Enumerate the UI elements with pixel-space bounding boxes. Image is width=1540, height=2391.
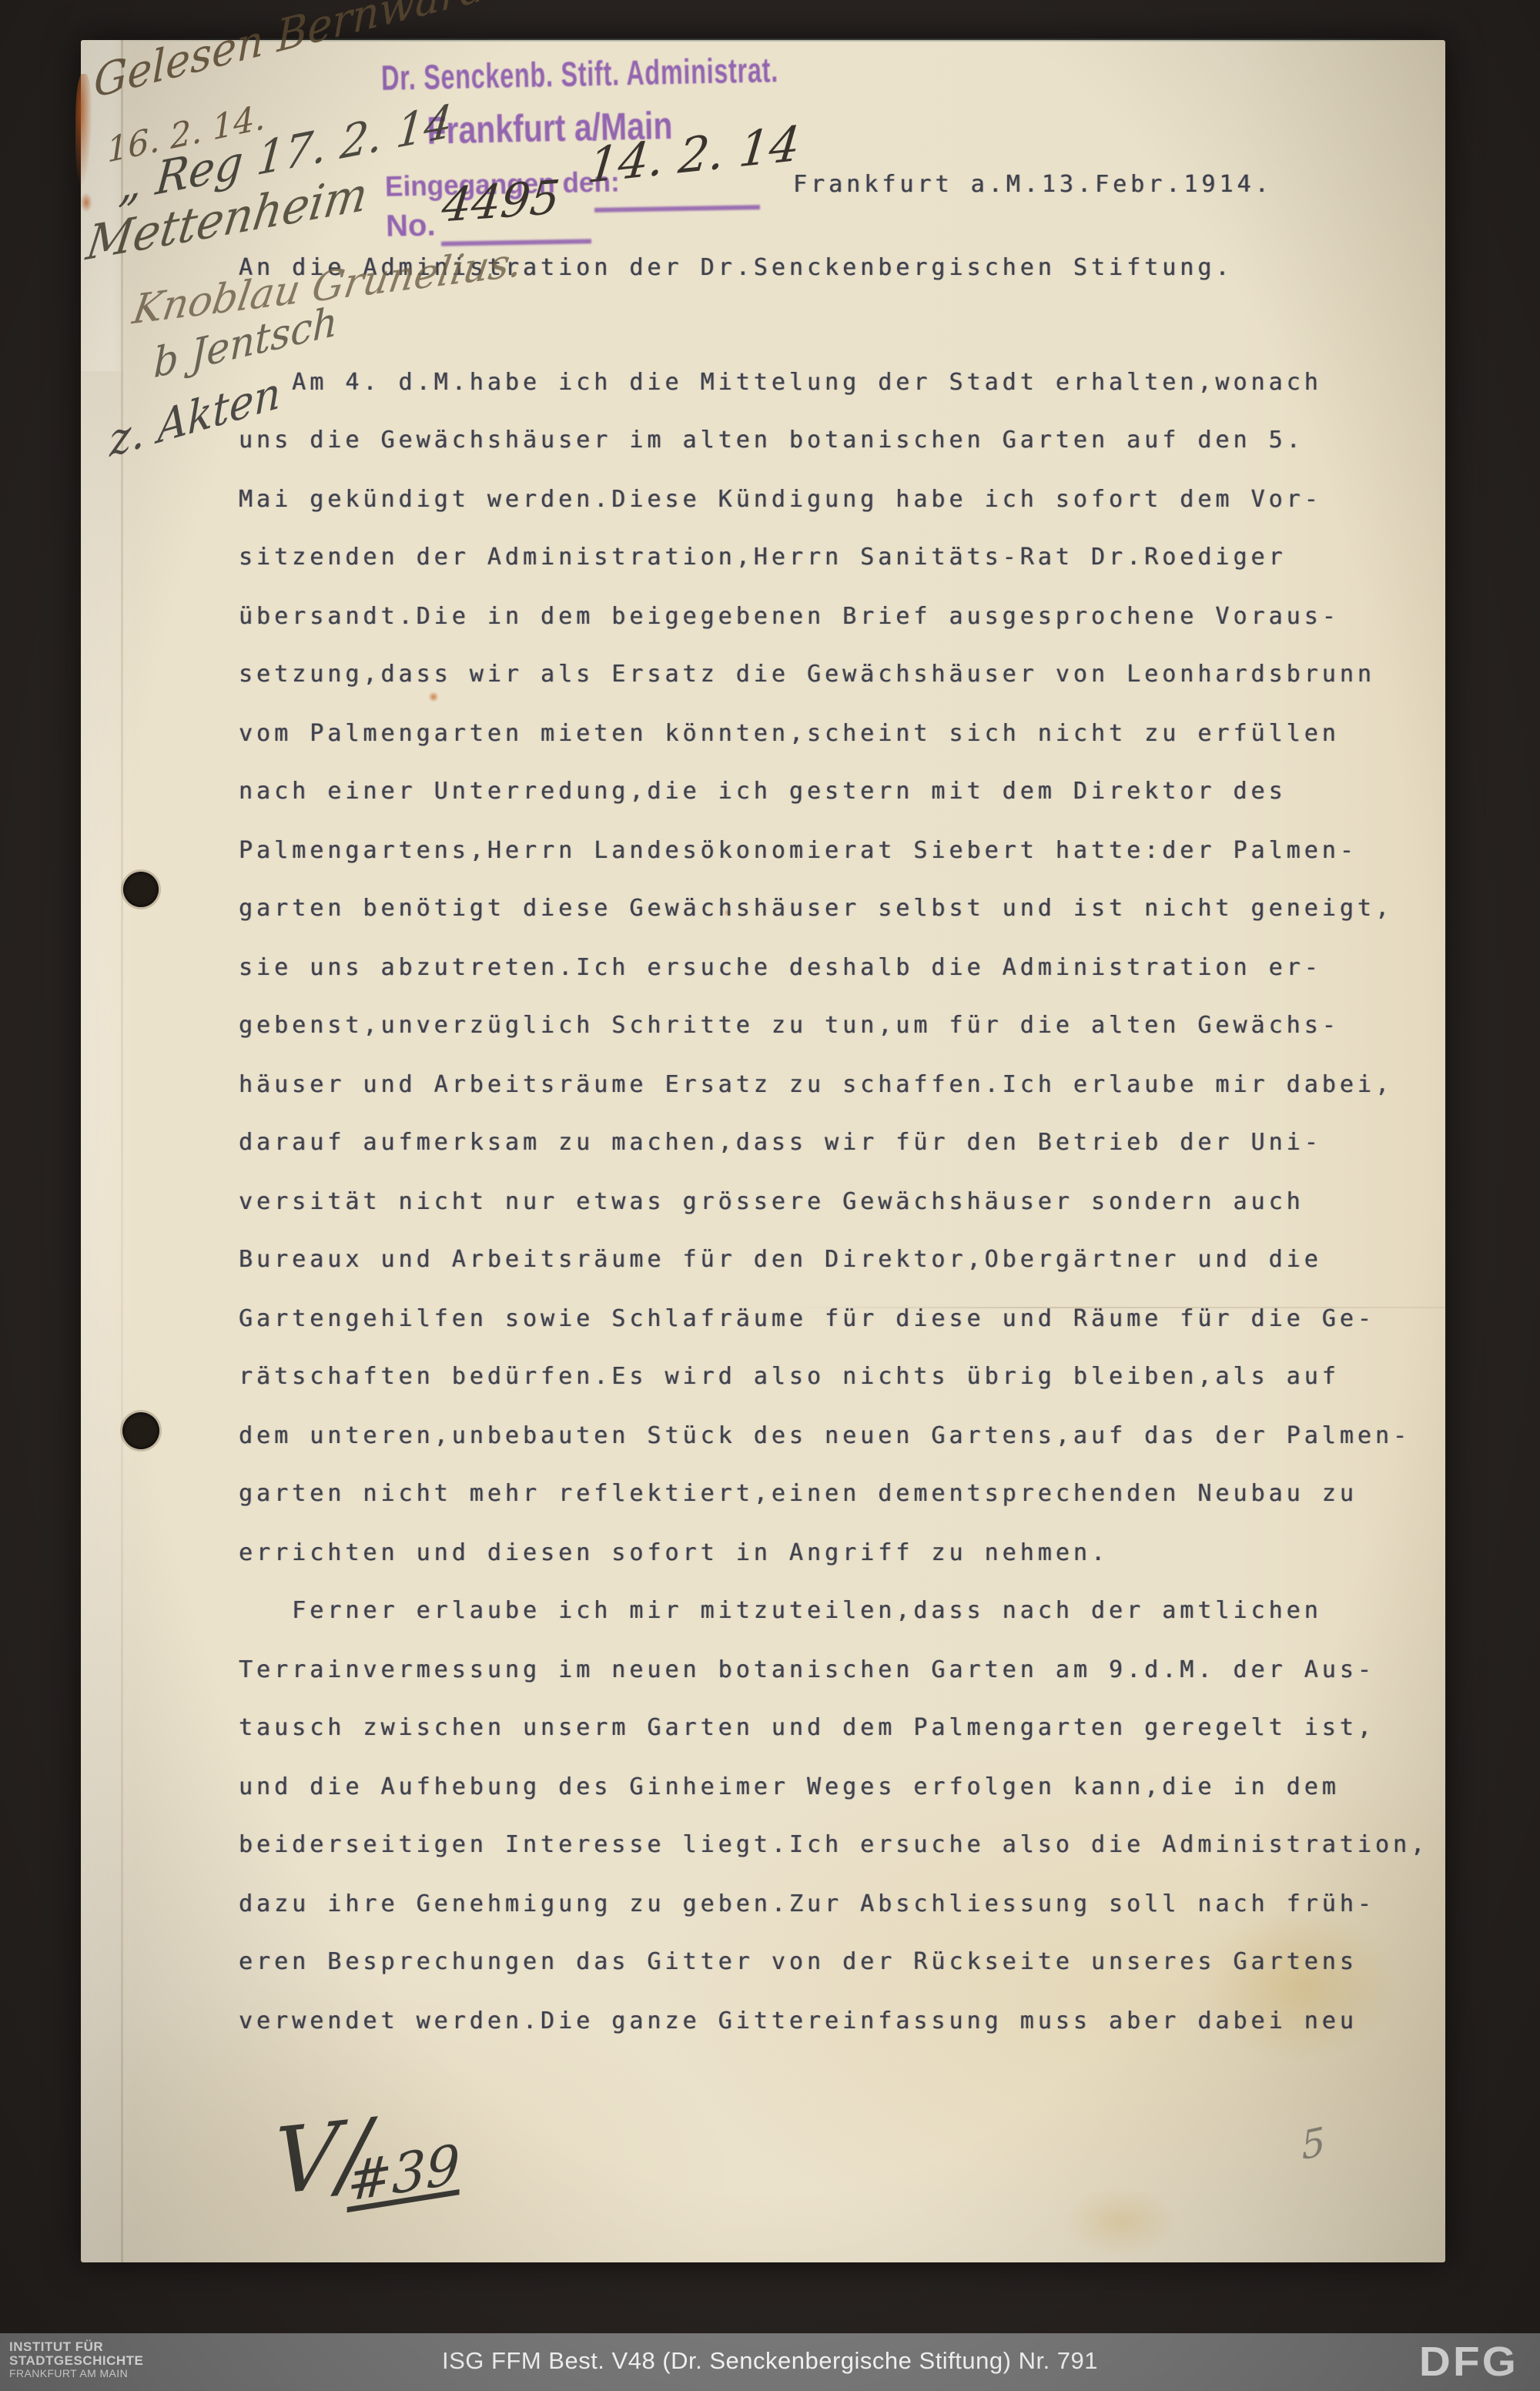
document-scan: Dr. Senckenb. Stift. Administrat. Frankf…	[0, 0, 1540, 2391]
typed-line-11: sie uns abzutreten.Ich ersuche deshalb d…	[239, 954, 1322, 981]
typed-line-28: eren Besprechungen das Gitter von der Rü…	[239, 1948, 1358, 1975]
punch-hole-top	[123, 872, 159, 907]
footer-bar: INSTITUT FÜR STADTGESCHICHTE FRANKFURT A…	[0, 2333, 1540, 2391]
typed-line-25: und die Aufhebung des Ginheimer Weges er…	[239, 1773, 1340, 1800]
typed-line-18: rätschaften bedürfen.Es wird also nichts…	[239, 1363, 1340, 1390]
typed-line-22: Ferner erlaube ich mir mitzuteilen,dass …	[239, 1597, 1322, 1624]
typed-line-6: setzung,dass wir als Ersatz die Gewächsh…	[239, 661, 1375, 688]
typed-line-27: dazu ihre Genehmigung zu geben.Zur Absch…	[239, 1890, 1375, 1917]
typed-line-20: garten nicht mehr reflektiert,einen deme…	[239, 1480, 1358, 1507]
typed-line-15: versität nicht nur etwas grössere Gewäch…	[239, 1188, 1304, 1215]
typed-line-1: Am 4. d.M.habe ich die Mittelung der Sta…	[239, 369, 1322, 396]
typed-line-12: gebenst,unverzüglich Schritte zu tun,um …	[239, 1012, 1340, 1039]
handwritten-annotation-9: 4495	[440, 170, 563, 233]
vertical-fold-crease	[121, 40, 123, 2262]
stamp-line-institution: Dr. Senckenb. Stift. Administrat.	[381, 52, 692, 98]
typed-line-14: darauf aufmerksam zu machen,dass wir für…	[239, 1129, 1322, 1156]
typed-line-23: Terrainvermessung im neuen botanischen G…	[239, 1656, 1375, 1683]
letter-dateline: Frankfurt a.M.13.Febr.1914.	[793, 171, 1273, 198]
typed-line-29: verwendet werden.Die ganze Gittereinfass…	[239, 2008, 1358, 2034]
typed-line-7: vom Palmengarten mieten könnten,scheint …	[239, 720, 1340, 747]
typed-line-10: garten benötigt diese Gewächshäuser selb…	[239, 895, 1393, 922]
typed-line-8: nach einer Unterredung,die ich gestern m…	[239, 778, 1287, 805]
typed-line-9: Palmengartens,Herrn Landesökonomierat Si…	[239, 837, 1358, 864]
punch-hole-bottom	[122, 1412, 159, 1449]
typed-line-5: übersandt.Die in dem beigegebenen Brief …	[239, 603, 1340, 630]
typed-line-4: sitzenden der Administration,Herrn Sanit…	[239, 544, 1287, 571]
typed-line-2: uns die Gewächshäuser im alten botanisch…	[239, 427, 1304, 454]
typed-line-24: tausch zwischen unserm Garten und dem Pa…	[239, 1714, 1375, 1741]
pencil-page-number: 5	[1300, 2118, 1327, 2168]
typed-line-26: beiderseitigen Interesse liegt.Ich ersuc…	[239, 1831, 1428, 1858]
dfg-logo: DFG	[1419, 2338, 1518, 2386]
typed-line-16: Bureaux und Arbeitsräume für den Direkto…	[239, 1246, 1322, 1273]
typed-line-13: häuser und Arbeitsräume Ersatz zu schaff…	[239, 1071, 1393, 1098]
typed-line-3: Mai gekündigt werden.Diese Kündigung hab…	[239, 486, 1322, 513]
typed-body: Am 4. d.M.habe ich die Mittelung der Sta…	[239, 368, 1455, 2101]
typed-line-19: dem unteren,unbebauten Stück des neuen G…	[239, 1422, 1411, 1449]
archive-reference: ISG FFM Best. V48 (Dr. Senckenbergische …	[0, 2347, 1540, 2375]
typed-line-21: errichten und diesen sofort in Angriff z…	[239, 1539, 1109, 1566]
typed-line-17: Gartengehilfen sowie Schlafräume für die…	[239, 1305, 1375, 1332]
